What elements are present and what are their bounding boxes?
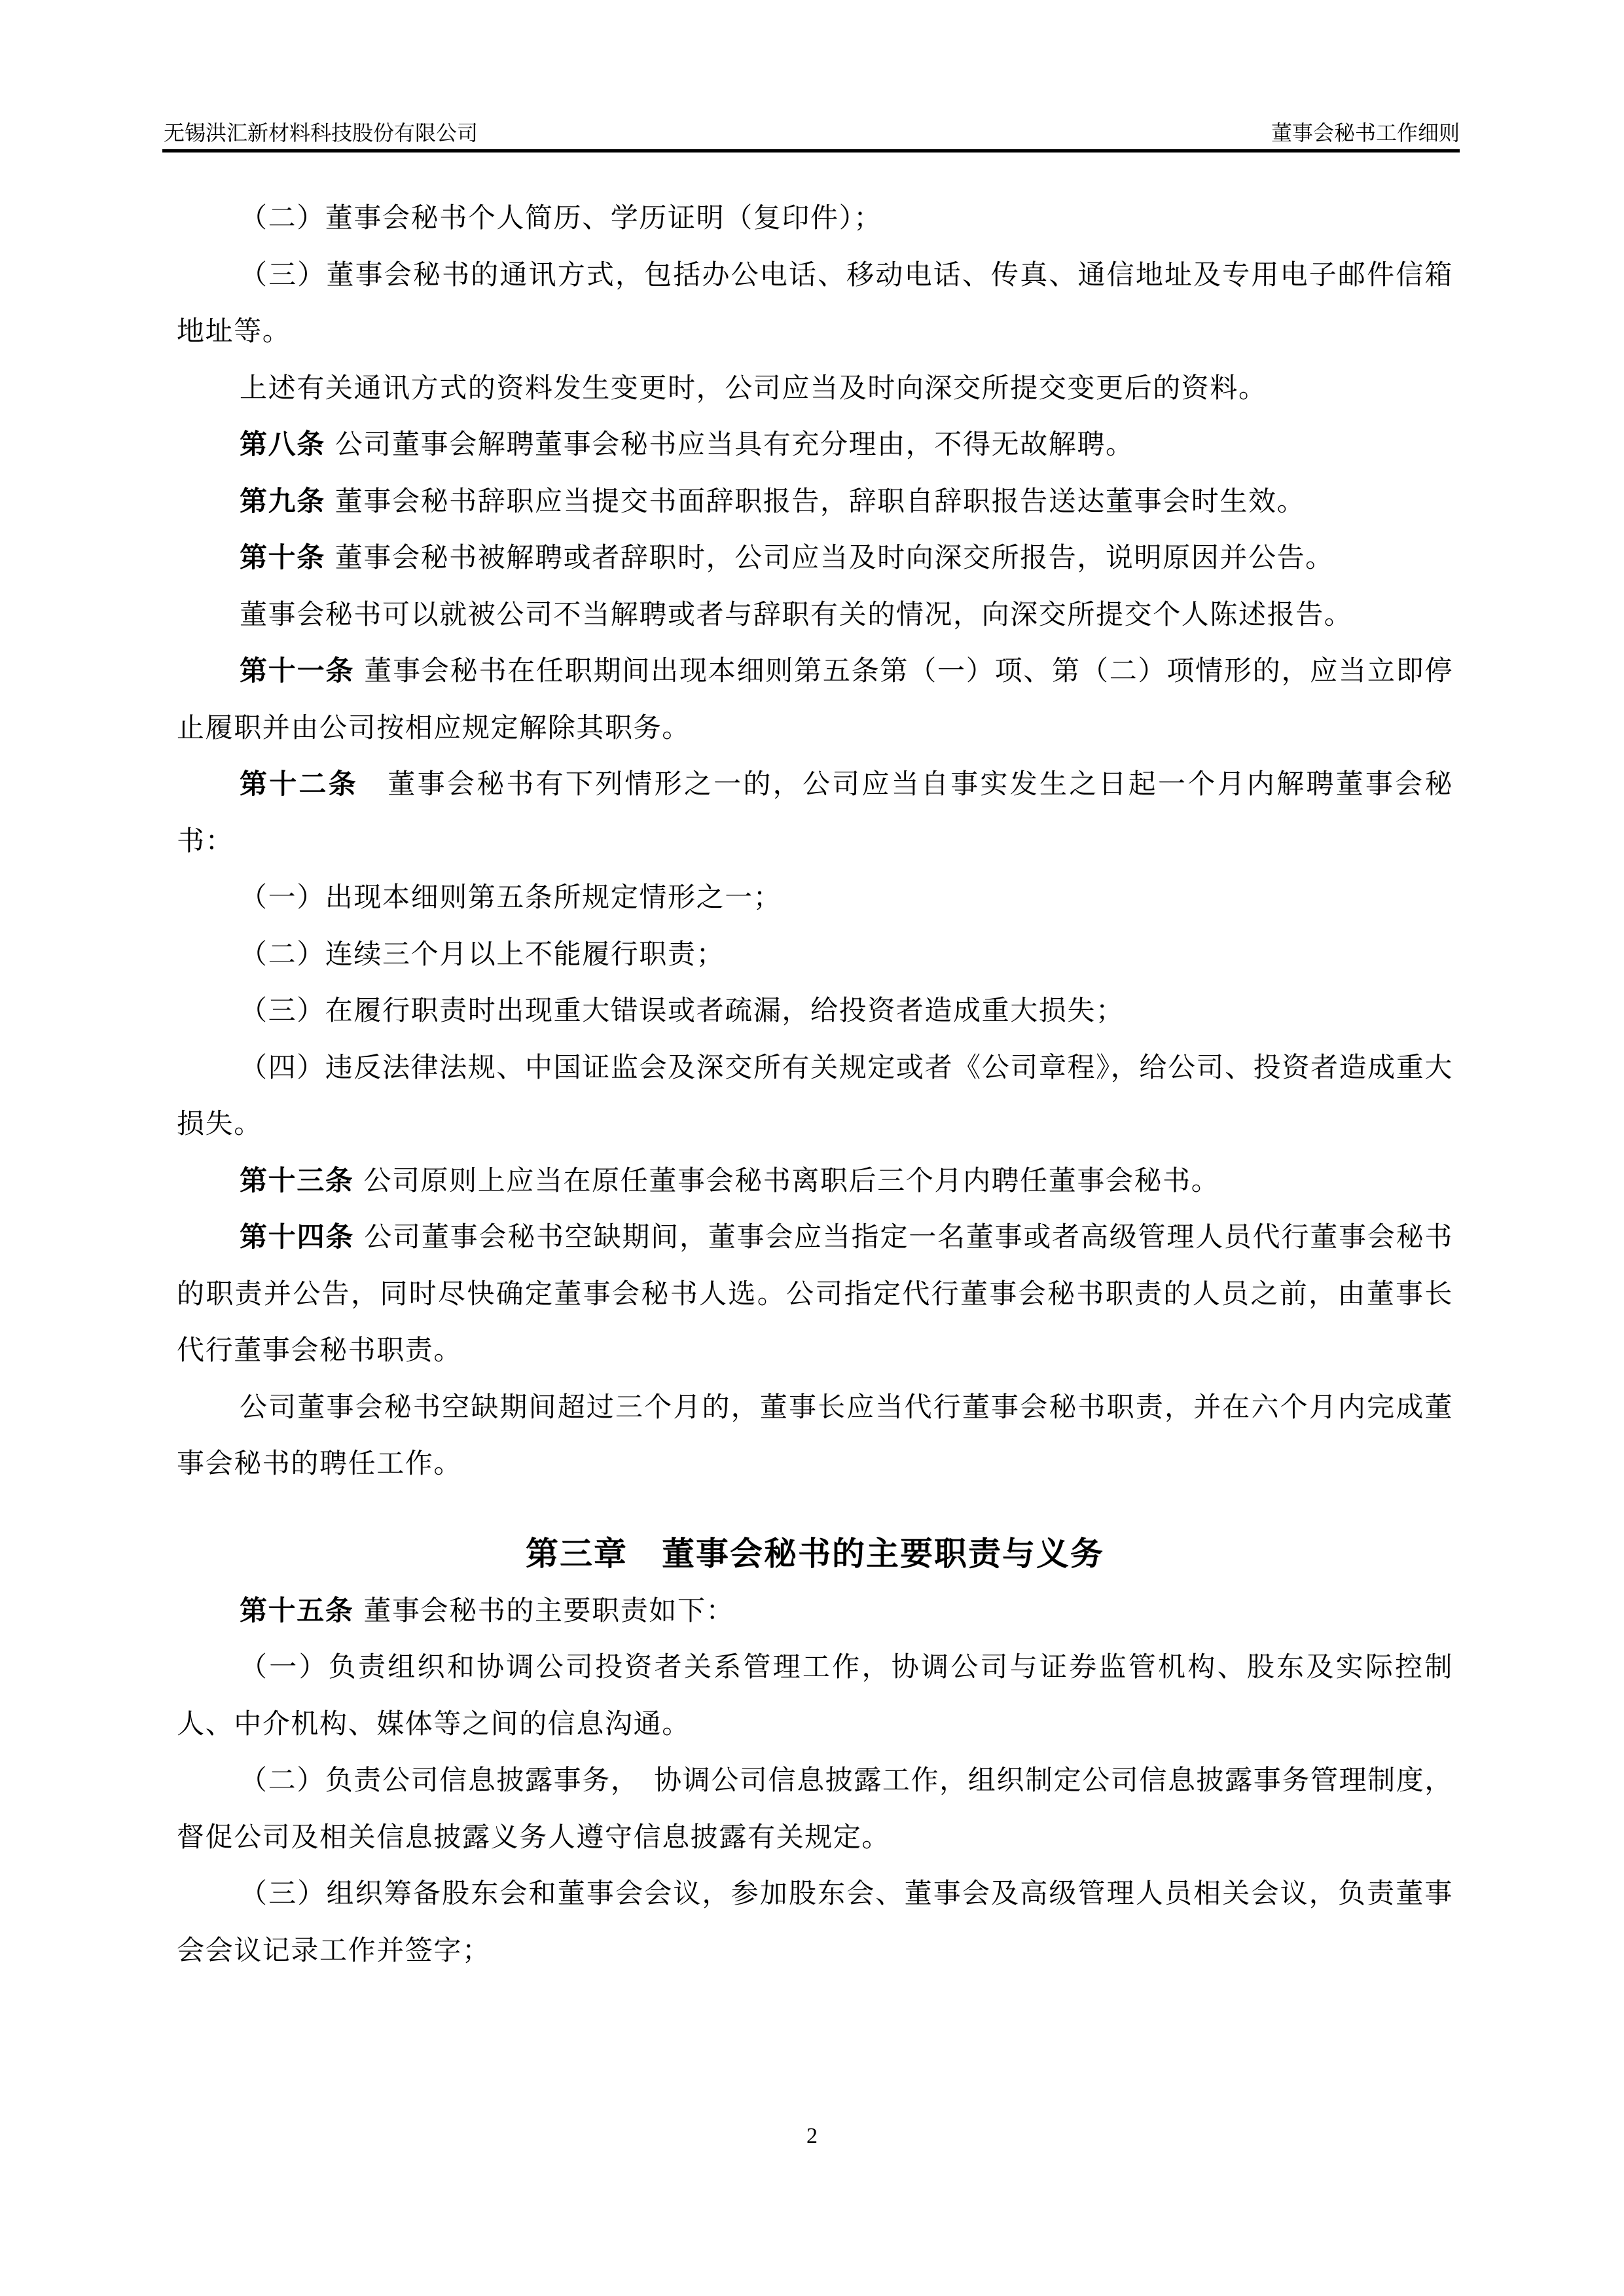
paragraph-text: 董事会秘书可以就被公司不当解聘或者与辞职有关的情况，向深交所提交个人陈述报告。 xyxy=(240,598,1352,630)
paragraph-text: （三）在履行职责时出现重大错误或者疏漏，给投资者造成重大损失； xyxy=(240,994,1125,1026)
paragraph: （三）董事会秘书的通讯方式，包括办公电话、移动电话、传真、通信地址及专用电子邮件… xyxy=(177,247,1453,360)
header-company-name: 无锡洪汇新材料科技股份有限公司 xyxy=(164,117,478,147)
article-label: 第十三条 xyxy=(240,1164,353,1196)
header-divider xyxy=(162,149,1460,152)
paragraph-text: 公司原则上应当在原任董事会秘书离职后三个月内聘任董事会秘书。 xyxy=(353,1164,1219,1196)
list-item: （二）负责公司信息披露事务， 协调公司信息披露工作，组织制定公司信息披露事务管理… xyxy=(177,1752,1453,1865)
list-item: （一）出现本细则第五条所规定情形之一； xyxy=(177,869,1453,926)
paragraph-text: 董事会秘书被解聘或者辞职时，公司应当及时向深交所报告，说明原因并公告。 xyxy=(325,541,1334,573)
article-10: 第十条 董事会秘书被解聘或者辞职时，公司应当及时向深交所报告，说明原因并公告。 xyxy=(177,529,1453,586)
chapter-heading: 第三章 董事会秘书的主要职责与义务 xyxy=(177,1525,1453,1583)
article-11: 第十一条 董事会秘书在任职期间出现本细则第五条第（一）项、第（二）项情形的，应当… xyxy=(177,643,1453,756)
paragraph-text: （三）组织筹备股东会和董事会会议，参加股东会、董事会及高级管理人员相关会议，负责… xyxy=(177,1877,1453,1966)
paragraph-text: 董事会秘书的主要职责如下： xyxy=(353,1594,734,1626)
article-14: 第十四条 公司董事会秘书空缺期间，董事会应当指定一名董事或者高级管理人员代行董事… xyxy=(177,1209,1453,1379)
list-item: （三）组织筹备股东会和董事会会议，参加股东会、董事会及高级管理人员相关会议，负责… xyxy=(177,1865,1453,1979)
article-label: 第十四条 xyxy=(240,1221,354,1253)
list-item: （三）在履行职责时出现重大错误或者疏漏，给投资者造成重大损失； xyxy=(177,982,1453,1039)
document-body: （二）董事会秘书个人简历、学历证明（复印件）； （三）董事会秘书的通讯方式，包括… xyxy=(177,190,1453,1979)
paragraph-text: （三）董事会秘书的通讯方式，包括办公电话、移动电话、传真、通信地址及专用电子邮件… xyxy=(177,259,1453,348)
paragraph-text: 董事会秘书在任职期间出现本细则第五条第（一）项、第（二）项情形的，应当立即停止履… xyxy=(177,655,1453,744)
paragraph: 上述有关通讯方式的资料发生变更时，公司应当及时向深交所提交变更后的资料。 xyxy=(177,360,1453,417)
article-label: 第十二条 xyxy=(240,768,358,800)
paragraph-text: （一）出现本细则第五条所规定情形之一； xyxy=(240,881,782,913)
page-header: 无锡洪汇新材料科技股份有限公司 董事会秘书工作细则 xyxy=(162,110,1460,149)
list-item: （一）负责组织和协调公司投资者关系管理工作，协调公司与证券监管机构、股东及实际控… xyxy=(177,1639,1453,1752)
article-13: 第十三条 公司原则上应当在原任董事会秘书离职后三个月内聘任董事会秘书。 xyxy=(177,1153,1453,1210)
paragraph-text: （四）违反法律法规、中国证监会及深交所有关规定或者《公司章程》，给公司、投资者造… xyxy=(177,1051,1453,1140)
article-label: 第九条 xyxy=(240,485,325,517)
list-item: （二）连续三个月以上不能履行职责； xyxy=(177,926,1453,983)
article-15: 第十五条 董事会秘书的主要职责如下： xyxy=(177,1583,1453,1640)
page-number: 2 xyxy=(0,2124,1624,2149)
article-8: 第八条 公司董事会解聘董事会秘书应当具有充分理由，不得无故解聘。 xyxy=(177,416,1453,473)
paragraph: 公司董事会秘书空缺期间超过三个月的，董事长应当代行董事会秘书职责，并在六个月内完… xyxy=(177,1379,1453,1492)
list-item: （四）违反法律法规、中国证监会及深交所有关规定或者《公司章程》，给公司、投资者造… xyxy=(177,1039,1453,1153)
paragraph-text: 董事会秘书辞职应当提交书面辞职报告，辞职自辞职报告送达董事会时生效。 xyxy=(325,485,1305,517)
paragraph-text: 上述有关通讯方式的资料发生变更时，公司应当及时向深交所提交变更后的资料。 xyxy=(240,372,1267,404)
header-document-title: 董事会秘书工作细则 xyxy=(1271,117,1460,147)
paragraph-text: 公司董事会秘书空缺期间，董事会应当指定一名董事或者高级管理人员代行董事会秘书的职… xyxy=(177,1221,1453,1366)
paragraph-text: 公司董事会解聘董事会秘书应当具有充分理由，不得无故解聘。 xyxy=(325,428,1134,460)
paragraph-text: （二）董事会秘书个人简历、学历证明（复印件）； xyxy=(240,202,882,234)
paragraph: 董事会秘书可以就被公司不当解聘或者与辞职有关的情况，向深交所提交个人陈述报告。 xyxy=(177,586,1453,643)
paragraph: （二）董事会秘书个人简历、学历证明（复印件）； xyxy=(177,190,1453,247)
paragraph-text: 董事会秘书有下列情形之一的，公司应当自事实发生之日起一个月内解聘董事会秘书： xyxy=(177,768,1453,857)
paragraph-text: （二）连续三个月以上不能履行职责； xyxy=(240,938,725,970)
article-label: 第十条 xyxy=(240,541,325,573)
article-label: 第十一条 xyxy=(240,655,354,687)
paragraph-text: （二）负责公司信息披露事务， 协调公司信息披露工作，组织制定公司信息披露事务管理… xyxy=(177,1764,1453,1853)
article-12: 第十二条 董事会秘书有下列情形之一的，公司应当自事实发生之日起一个月内解聘董事会… xyxy=(177,756,1453,869)
article-9: 第九条 董事会秘书辞职应当提交书面辞职报告，辞职自辞职报告送达董事会时生效。 xyxy=(177,473,1453,530)
paragraph-text: （一）负责组织和协调公司投资者关系管理工作，协调公司与证券监管机构、股东及实际控… xyxy=(177,1651,1453,1740)
article-label: 第十五条 xyxy=(240,1594,353,1626)
article-label: 第八条 xyxy=(240,428,325,460)
paragraph-text: 公司董事会秘书空缺期间超过三个月的，董事长应当代行董事会秘书职责，并在六个月内完… xyxy=(177,1391,1453,1480)
